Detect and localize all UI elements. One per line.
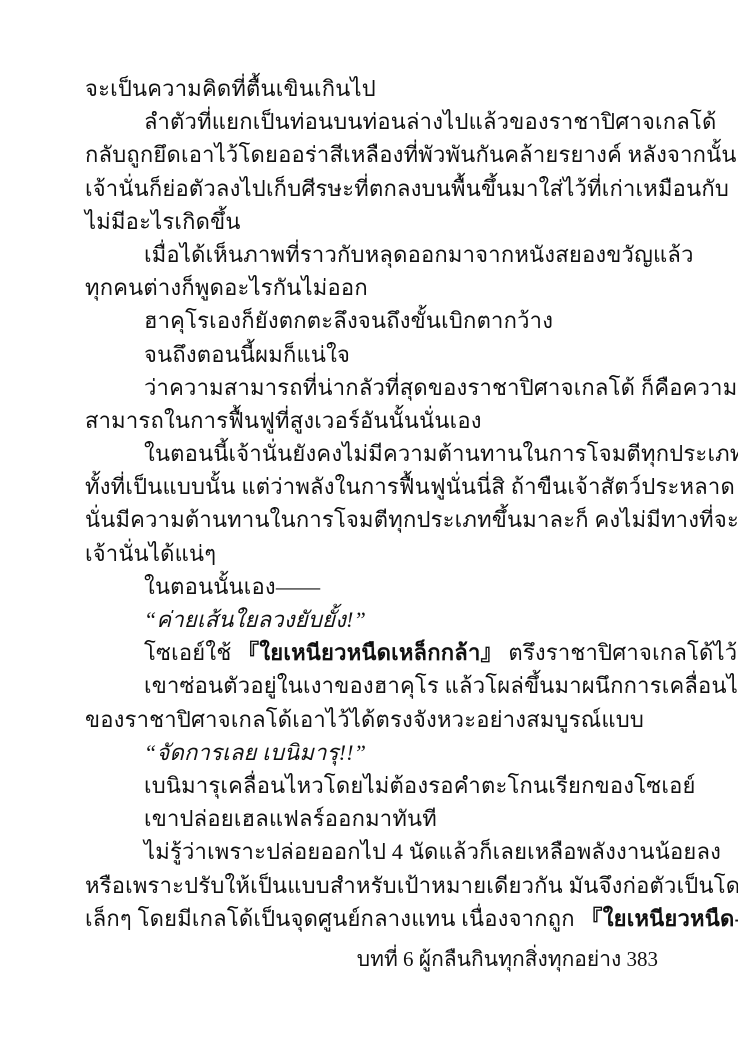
text-segment: เขาซ่อนตัวอยู่ในเงาของฮาคุโร แล้วโผล่ขึ้… — [144, 673, 738, 698]
text-line: ทุกคนต่างก็พูดอะไรกันไม่ออก — [85, 271, 660, 304]
text-line: เจ้านั่นก็ย่อตัวลงไปเก็บศีรษะที่ตกลงบนพื… — [85, 172, 660, 205]
text-line: เขาซ่อนตัวอยู่ในเงาของฮาคุโร แล้วโผล่ขึ้… — [85, 669, 660, 702]
text-line: กลับถูกยึดเอาไว้โดยออร่าสีเหลืองที่พัวพั… — [85, 138, 660, 171]
skill-name-text: 『ใยเหนียวหนืด- — [581, 906, 738, 931]
book-page: จะเป็นความคิดที่ตื้นเขินเกินไปลำตัวที่แย… — [0, 0, 738, 1051]
text-segment: ว่าความสามารถที่น่ากลัวที่สุดของราชาปิศา… — [144, 375, 737, 400]
text-line: ลำตัวที่แยกเป็นท่อนบนท่อนล่างไปแล้วของรา… — [85, 105, 660, 138]
text-segment: เจ้านั่นได้แน่ๆ — [85, 541, 216, 566]
text-segment: จนถึงตอนนี้ผมก็แน่ใจ — [144, 342, 350, 367]
text-segment: เบนิมารุเคลื่อนไหวโดยไม่ต้องรอคำตะโกนเรี… — [144, 773, 696, 798]
footer-chapter-and-page-number: บทที่ 6 ผู้กลืนกินทุกสิ่งทุกอย่าง 383 — [357, 947, 658, 971]
text-segment: เจ้านั่นก็ย่อตัวลงไปเก็บศีรษะที่ตกลงบนพื… — [85, 176, 729, 201]
text-segment: ไม่รู้ว่าเพราะปล่อยออกไป 4 นัดแล้วก็เลยเ… — [144, 839, 721, 864]
text-segment: นั่นมีความต้านทานในการโจมตีทุกประเภทขึ้น… — [85, 507, 738, 532]
text-segment: ลำตัวที่แยกเป็นท่อนบนท่อนล่างไปแล้วของรา… — [144, 109, 716, 134]
text-segment: ตรึงราชาปิศาจเกลโด้ไว้ — [503, 640, 738, 665]
text-line: เขาปล่อยเฮลแฟลร์ออกมาทันที — [85, 802, 660, 835]
text-segment: ในตอนนี้เจ้านั่นยังคงไม่มีความต้านทานในก… — [144, 441, 738, 466]
text-segment: เมื่อได้เห็นภาพที่ราวกับหลุดออกมาจากหนัง… — [144, 242, 694, 267]
text-segment: ทุกคนต่างก็พูดอะไรกันไม่ออก — [85, 275, 368, 300]
text-line: สามารถในการฟื้นฟูที่สูงเวอร์อันนั้นนั่นเ… — [85, 404, 660, 437]
text-segment: ของราชาปิศาจเกลโด้เอาไว้ได้ตรงจังหวะอย่า… — [85, 707, 644, 732]
text-segment: ในตอนนั้นเอง—— — [144, 574, 320, 599]
text-segment: จะเป็นความคิดที่ตื้นเขินเกินไป — [85, 76, 376, 101]
text-line: ว่าความสามารถที่น่ากลัวที่สุดของราชาปิศา… — [85, 371, 660, 404]
text-segment: เขาปล่อยเฮลแฟลร์ออกมาทันที — [144, 806, 437, 831]
page-footer: บทที่ 6 ผู้กลืนกินทุกสิ่งทุกอย่าง 383 — [357, 944, 658, 974]
text-segment: โซเอย์ใช้ — [144, 640, 237, 665]
text-segment: เล็กๆ โดยมีเกลโด้เป็นจุดศูนย์กลางแทน เนื… — [85, 906, 581, 931]
dialogue-quote-text: “ค่ายเส้นใยลวงยับยั้ง!” — [144, 607, 366, 632]
text-line: ฮาคุโรเองก็ยังตกตะลึงจนถึงขั้นเบิกตากว้า… — [85, 304, 660, 337]
text-segment: ไม่มีอะไรเกิดขึ้น — [85, 209, 241, 234]
body-text-block: จะเป็นความคิดที่ตื้นเขินเกินไปลำตัวที่แย… — [85, 72, 660, 935]
text-line: “จัดการเลย เบนิมารุ!!” — [85, 736, 660, 769]
text-line: จนถึงตอนนี้ผมก็แน่ใจ — [85, 338, 660, 371]
skill-name-text: 『ใยเหนียวหนืดเหล็กกล้า』 — [237, 640, 503, 665]
text-line: นั่นมีความต้านทานในการโจมตีทุกประเภทขึ้น… — [85, 503, 660, 536]
text-line: เล็กๆ โดยมีเกลโด้เป็นจุดศูนย์กลางแทน เนื… — [85, 902, 660, 935]
text-line: ไม่มีอะไรเกิดขึ้น — [85, 205, 660, 238]
text-line: หรือเพราะปรับให้เป็นแบบสำหรับเป้าหมายเดี… — [85, 869, 660, 902]
text-line: ของราชาปิศาจเกลโด้เอาไว้ได้ตรงจังหวะอย่า… — [85, 703, 660, 736]
text-segment: สามารถในการฟื้นฟูที่สูงเวอร์อันนั้นนั่นเ… — [85, 408, 482, 433]
dialogue-quote-text: “จัดการเลย เบนิมารุ!!” — [144, 740, 366, 765]
text-line: เจ้านั่นได้แน่ๆ — [85, 537, 660, 570]
text-line: ในตอนนี้เจ้านั่นยังคงไม่มีความต้านทานในก… — [85, 437, 660, 470]
text-segment: ฮาคุโรเองก็ยังตกตะลึงจนถึงขั้นเบิกตากว้า… — [144, 308, 553, 333]
text-line: เมื่อได้เห็นภาพที่ราวกับหลุดออกมาจากหนัง… — [85, 238, 660, 271]
text-line: ในตอนนั้นเอง—— — [85, 570, 660, 603]
text-segment: หรือเพราะปรับให้เป็นแบบสำหรับเป้าหมายเดี… — [85, 873, 738, 898]
text-line: “ค่ายเส้นใยลวงยับยั้ง!” — [85, 603, 660, 636]
text-line: จะเป็นความคิดที่ตื้นเขินเกินไป — [85, 72, 660, 105]
text-line: เบนิมารุเคลื่อนไหวโดยไม่ต้องรอคำตะโกนเรี… — [85, 769, 660, 802]
text-segment: ทั้งที่เป็นแบบนั้น แต่ว่าพลังในการฟื้นฟู… — [85, 474, 735, 499]
text-line: โซเอย์ใช้ 『ใยเหนียวหนืดเหล็กกล้า』 ตรึงรา… — [85, 636, 660, 669]
text-line: ทั้งที่เป็นแบบนั้น แต่ว่าพลังในการฟื้นฟู… — [85, 470, 660, 503]
text-line: ไม่รู้ว่าเพราะปล่อยออกไป 4 นัดแล้วก็เลยเ… — [85, 835, 660, 868]
text-segment: กลับถูกยึดเอาไว้โดยออร่าสีเหลืองที่พัวพั… — [85, 142, 737, 167]
